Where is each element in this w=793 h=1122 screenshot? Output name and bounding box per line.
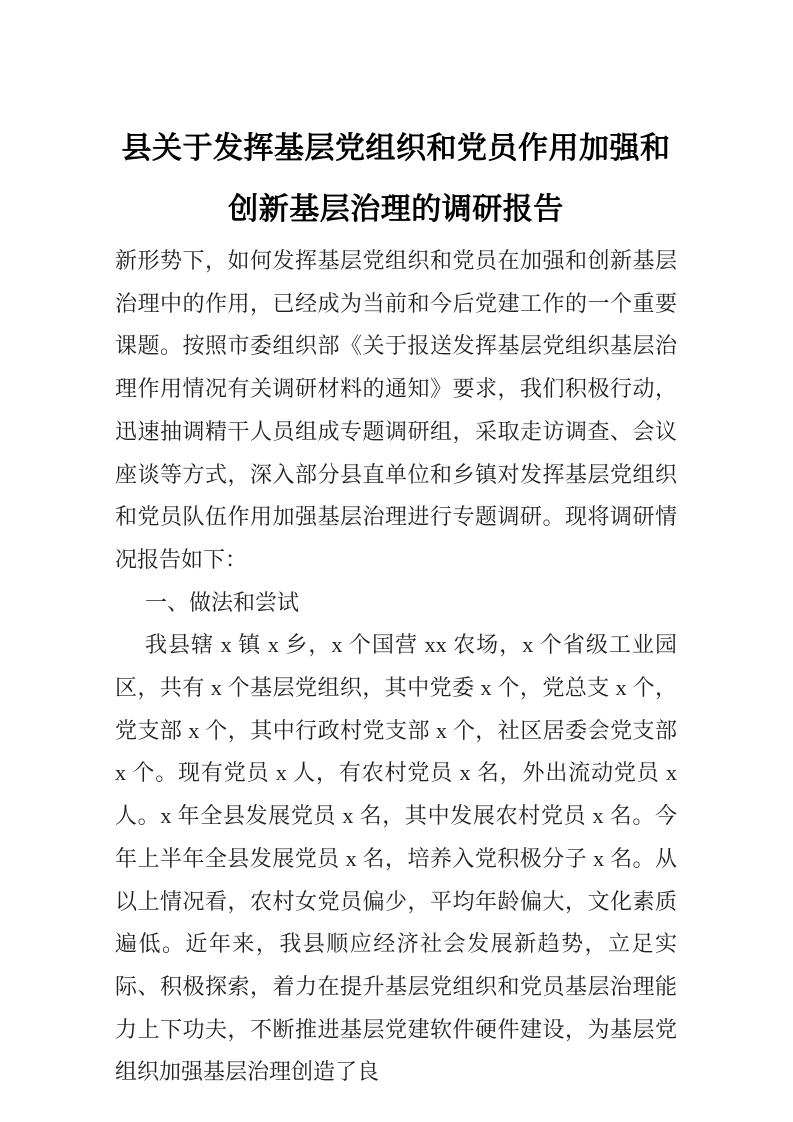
document-title: 县关于发挥基层党组织和党员作用加强和 创新基层治理的调研报告 <box>115 118 677 240</box>
title-line-2: 创新基层治理的调研报告 <box>115 179 677 240</box>
section-heading-1: 一、做法和尝试 <box>115 582 677 625</box>
title-line-1: 县关于发挥基层党组织和党员作用加强和 <box>115 118 677 179</box>
paragraph-section-1-body: 我县辖 x 镇 x 乡，x 个国营 xx 农场，x 个省级工业园区，共有 x 个… <box>115 624 677 1094</box>
paragraph-intro: 新形势下，如何发挥基层党组织和党员在加强和创新基层治理中的作用，已经成为当前和今… <box>115 240 677 582</box>
document-content: 县关于发挥基层党组织和党员作用加强和 创新基层治理的调研报告 新形势下，如何发挥… <box>115 118 677 1094</box>
document-page: 县关于发挥基层党组织和党员作用加强和 创新基层治理的调研报告 新形势下，如何发挥… <box>0 0 793 1122</box>
